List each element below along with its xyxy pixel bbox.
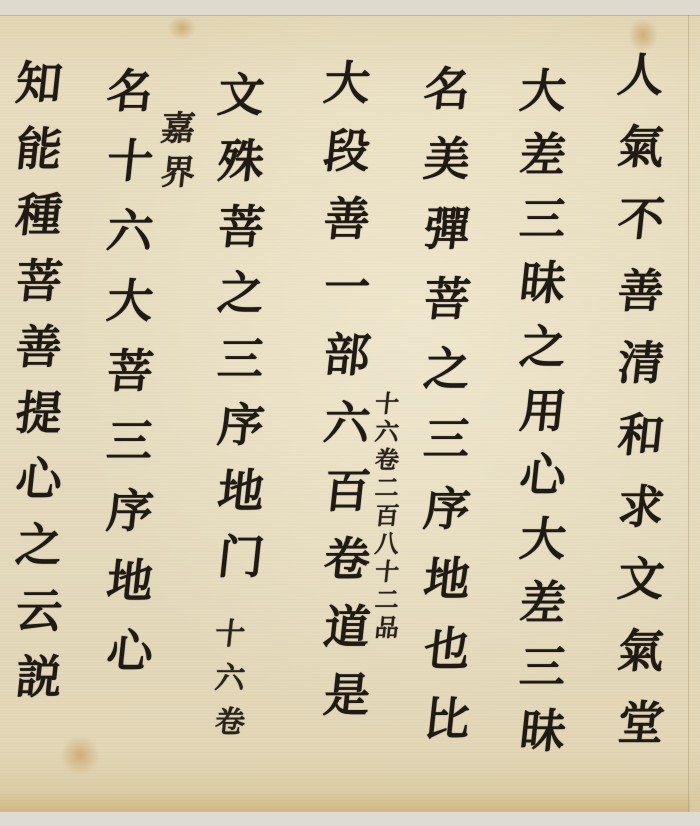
glyph: 三 [105,418,156,464]
glyph: 门 [216,534,267,580]
glyph: 名 [105,68,156,114]
glyph: 用 [518,388,569,434]
glyph: 提 [14,390,65,436]
glyph: 求 [616,484,667,530]
glyph: 地 [216,468,267,514]
glyph: 之 [422,346,473,392]
mount-bottom-border [0,812,700,826]
glyph: 心 [518,452,569,498]
glyph: 昧 [518,708,569,754]
glyph: 是 [322,672,373,718]
glyph: 三 [422,416,473,462]
glyph: 彈 [422,206,473,252]
water-stain [60,735,100,775]
water-stain [628,18,658,52]
glyph: 三 [216,336,267,382]
glyph: 差 [518,580,569,626]
annotation-column-b: 十 六 卷 [208,620,252,738]
glyph: 人 [616,52,667,98]
text-column-7: 知 能 種 菩 善 提 心 之 云 説 [4,60,74,700]
glyph: 云 [14,588,65,634]
glyph: 序 [216,402,267,448]
glyph: 百 [322,468,373,514]
paper-seam [688,15,689,812]
text-column-3: 名 美 彈 菩 之 三 序 地 也 比 [412,66,482,742]
annotation-column-c: 嘉 界 [158,112,198,190]
text-column-4: 大 段 善 一 部 六 百 卷 道 是 [312,60,382,718]
glyph: 大 [518,68,569,114]
glyph: 能 [14,126,65,172]
glyph: 美 [422,136,473,182]
glyph: 序 [105,488,156,534]
glyph: 昧 [518,260,569,306]
glyph: 三 [518,196,569,242]
glyph: 卷 [213,708,246,738]
glyph: 界 [159,156,197,190]
glyph: 堂 [616,700,667,746]
glyph: 名 [422,66,473,112]
glyph: 十 [105,138,156,184]
glyph: 説 [14,654,65,700]
glyph: 地 [105,558,156,604]
glyph: 六 [105,208,156,254]
glyph: 大 [518,516,569,562]
glyph: 和 [616,412,667,458]
glyph: 十 [213,620,246,650]
glyph: 文 [616,556,667,602]
glyph: 道 [322,604,373,650]
glyph: 部 [322,332,373,378]
glyph: 大 [322,60,373,106]
glyph: 一 [322,264,373,310]
text-column-1: 人 氣 不 善 清 和 求 文 氣 堂 [606,52,676,746]
glyph: 善 [322,196,373,242]
glyph: 也 [422,626,473,672]
glyph: 善 [616,268,667,314]
glyph: 菩 [216,204,267,250]
glyph: 之 [14,522,65,568]
glyph: 菩 [422,276,473,322]
glyph: 善 [14,324,65,370]
glyph: 心 [14,456,65,502]
glyph: 菩 [105,348,156,394]
text-column-5: 文 殊 菩 之 三 序 地 门 [206,72,276,580]
glyph: 之 [518,324,569,370]
glyph: 比 [422,696,473,742]
text-column-6: 名 十 六 大 菩 三 序 地 心 [98,68,162,674]
glyph: 六 [322,400,373,446]
glyph: 心 [105,628,156,674]
glyph: 文 [216,72,267,118]
glyph: 不 [616,196,667,242]
glyph: 氣 [616,628,667,674]
glyph: 大 [105,278,156,324]
text-column-2: 大 差 三 昧 之 用 心 大 差 三 昧 [508,68,578,754]
glyph: 段 [322,128,373,174]
glyph: 清 [616,340,667,386]
glyph: 殊 [216,138,267,184]
glyph: 卷 [322,536,373,582]
glyph: 氣 [616,124,667,170]
glyph: 之 [216,270,267,316]
glyph: 差 [518,132,569,178]
glyph: 種 [14,192,65,238]
glyph: 嘉 [159,112,197,146]
bottom-edge-stain [0,790,690,812]
glyph: 知 [14,60,65,106]
glyph: 菩 [14,258,65,304]
glyph: 三 [518,644,569,690]
mount-top-border [0,0,700,16]
glyph: 地 [422,556,473,602]
water-stain [168,16,196,40]
glyph: 序 [422,486,473,532]
glyph: 六 [213,664,246,694]
